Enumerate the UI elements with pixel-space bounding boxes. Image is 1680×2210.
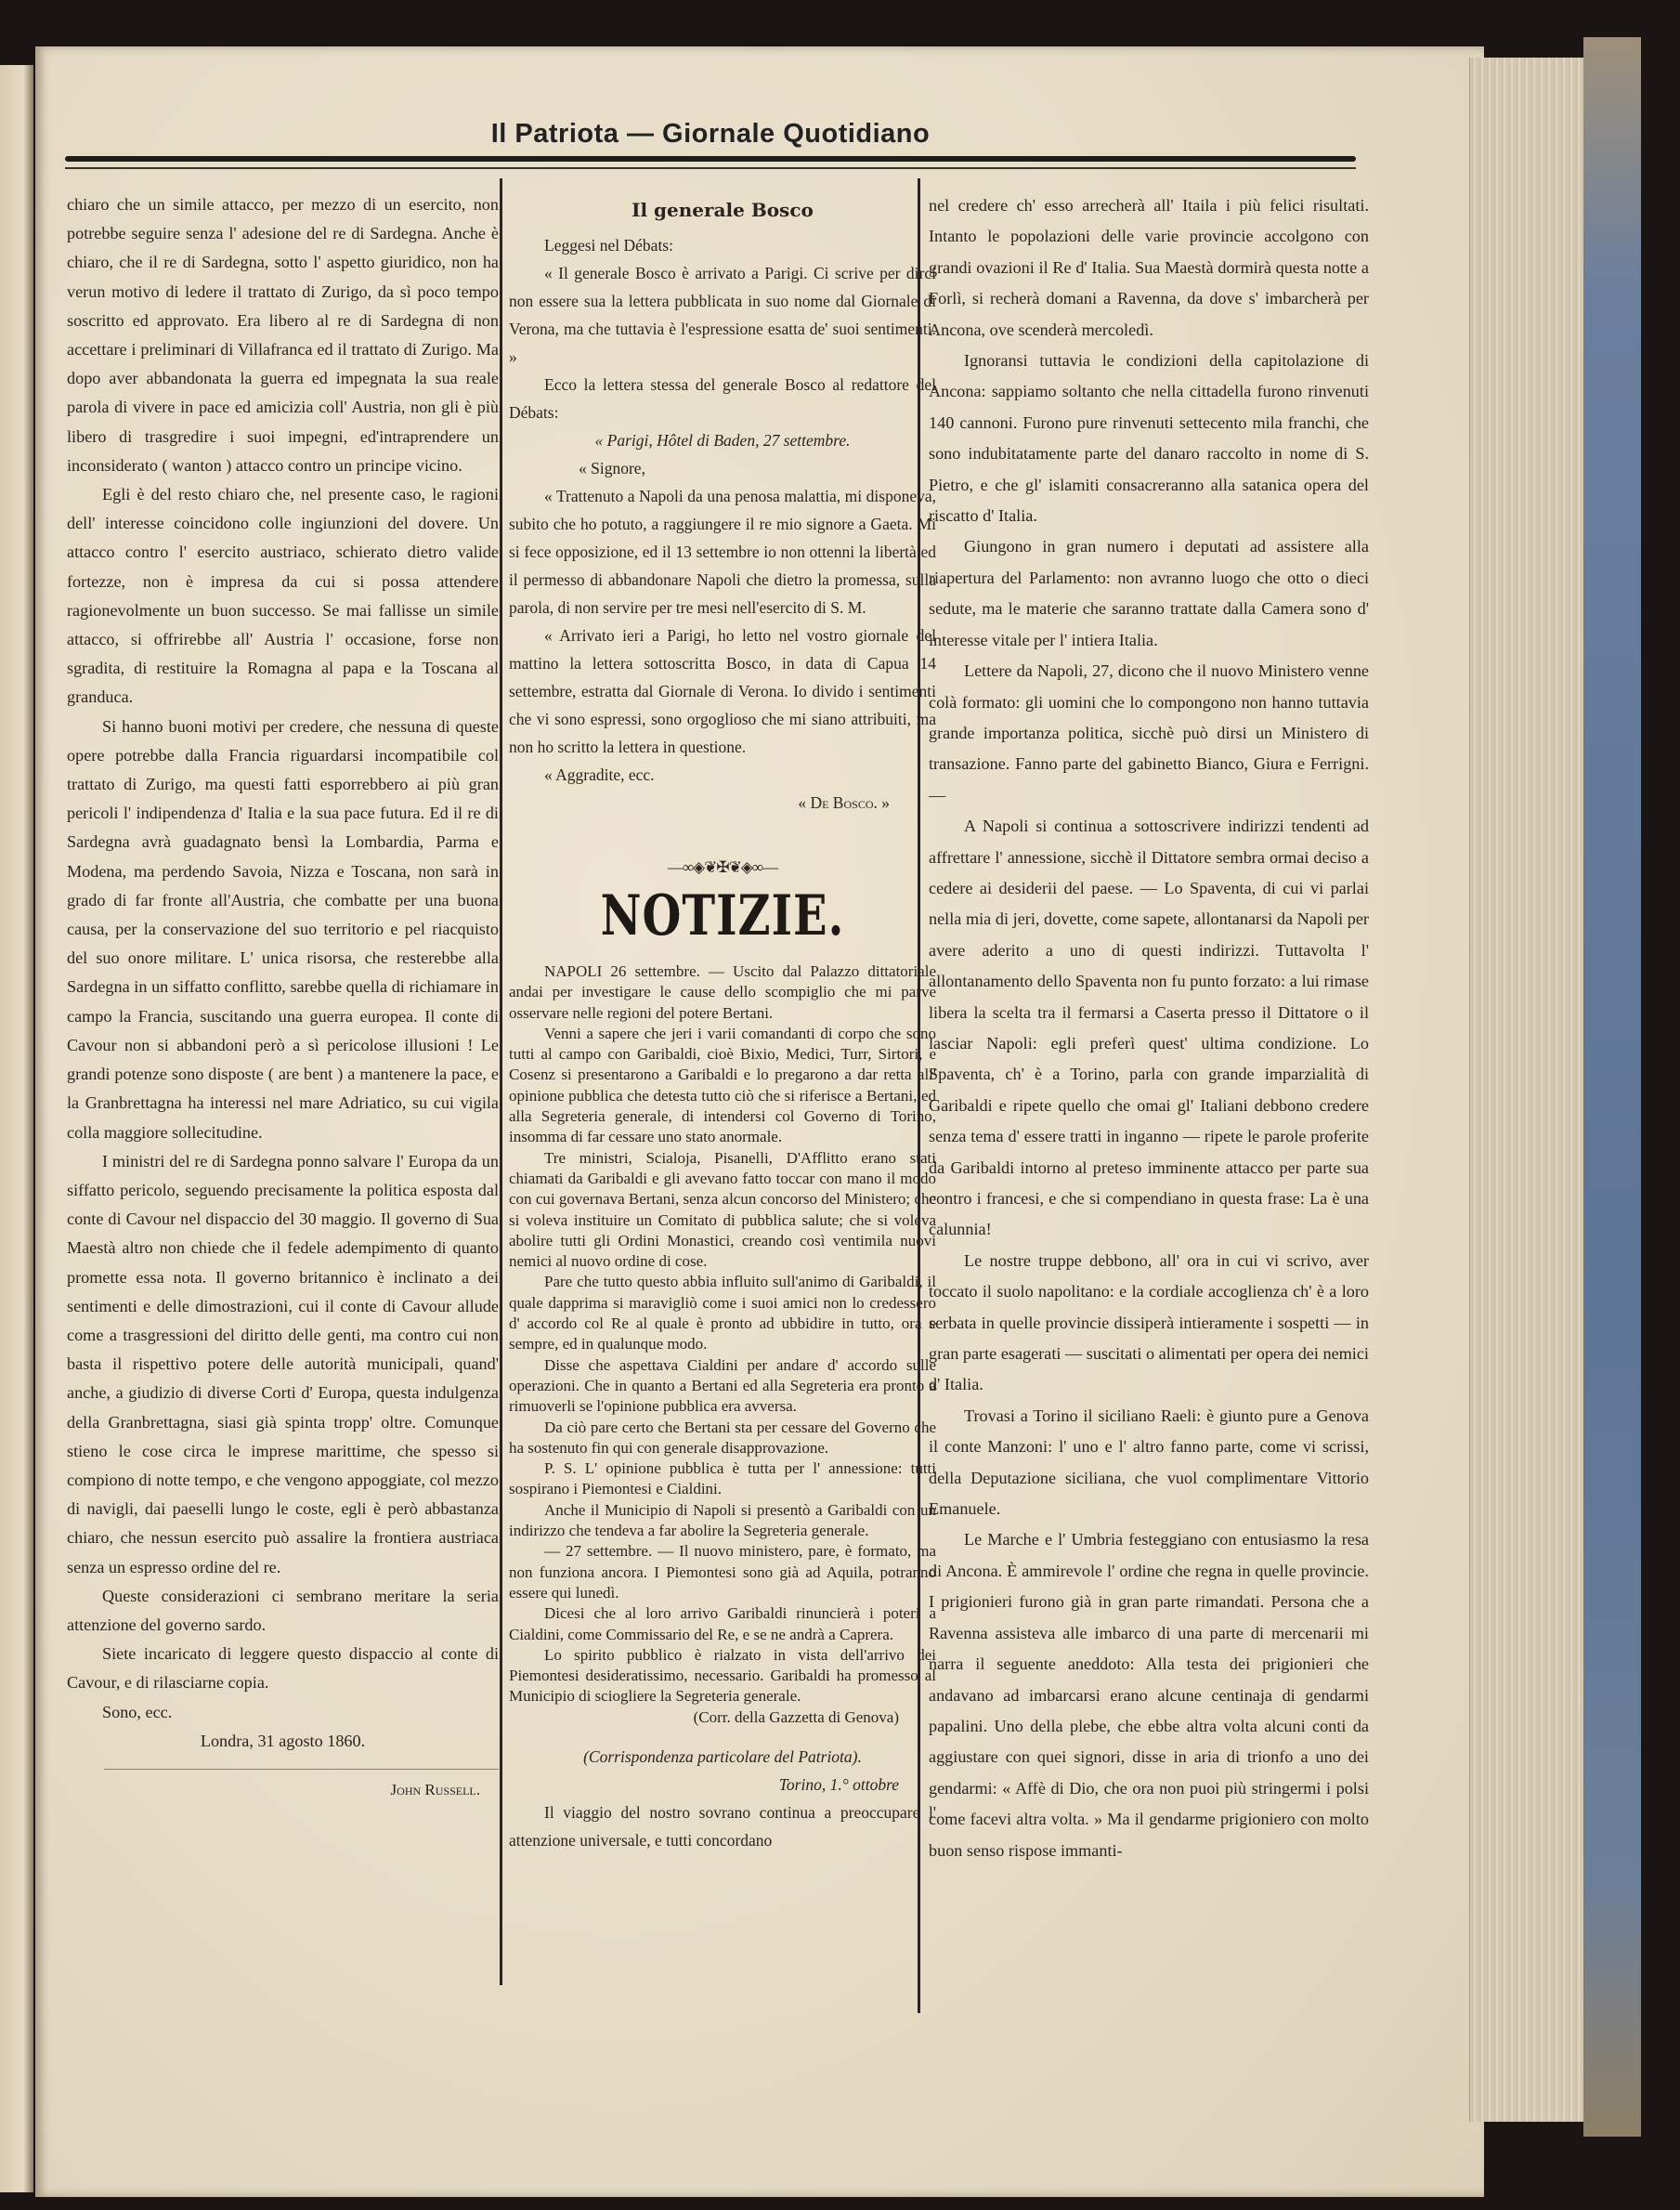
signature-rule — [104, 1769, 499, 1770]
article-paragraph: Siete incaricato di leggere questo dispa… — [67, 1640, 499, 1697]
letter-signature: « De Bosco. » — [509, 789, 936, 817]
article-paragraph: Si hanno buoni motivi per credere, che n… — [67, 713, 499, 1147]
correspondence-paragraph: Il viaggio del nostro sovrano continua a… — [509, 1798, 936, 1854]
letter-signature: John Russell. — [67, 1775, 499, 1804]
article-paragraph: Le nostre truppe debbono, all' ora in cu… — [929, 1246, 1369, 1401]
article-paragraph: Egli è del resto chiaro che, nel present… — [67, 480, 499, 713]
book-cover-edge — [1583, 37, 1641, 2137]
article-paragraph: I ministri del re di Sardegna ponno salv… — [67, 1147, 499, 1582]
letter-paragraph: « Arrivato ieri a Parigi, ho letto nel v… — [509, 621, 936, 761]
header-thin-rule — [65, 167, 1356, 169]
news-source: (Corr. della Gazzetta di Genova) — [509, 1707, 936, 1728]
article-paragraph: A Napoli si continua a sottoscrivere ind… — [929, 811, 1369, 1246]
article-paragraph: Le Marche e l' Umbria festeggiano con en… — [929, 1524, 1369, 1865]
letter-paragraph: « Aggradite, ecc. — [509, 761, 936, 789]
news-paragraph: Da ciò pare certo che Bertani sta per ce… — [509, 1418, 936, 1459]
news-paragraph: — 27 settembre. — Il nuovo ministero, pa… — [509, 1541, 936, 1603]
news-paragraph: Tre ministri, Scialoja, Pisanelli, D'Aff… — [509, 1148, 936, 1273]
article-paragraph: Ecco la lettera stessa del generale Bosc… — [509, 371, 936, 426]
news-paragraph: Anche il Municipio di Napoli si presentò… — [509, 1500, 936, 1542]
section-title-notizie: NOTIZIE. — [509, 898, 936, 934]
article-paragraph: chiaro che un simile attacco, per mezzo … — [67, 190, 499, 480]
news-paragraph: P. S. L' opinione pubblica è tutta per l… — [509, 1458, 936, 1500]
letter-place-date: « Parigi, Hôtel di Baden, 27 settembre. — [509, 426, 936, 454]
news-paragraph: Dicesi che al loro arrivo Garibaldi rinu… — [509, 1603, 936, 1645]
left-column: chiaro che un simile attacco, per mezzo … — [67, 190, 499, 1804]
article-paragraph: Sono, ecc. — [67, 1698, 499, 1727]
section-title-bosco: Il generale Bosco — [509, 196, 936, 224]
news-paragraph: Venni a sapere che jeri i varii comandan… — [509, 1024, 936, 1148]
news-section: NAPOLI 26 settembre. — Uscito dal Palazz… — [509, 961, 936, 1728]
right-column: nel credere ch' esso arrecherà all' Itai… — [929, 190, 1369, 1866]
correspondence-dateline: Torino, 1.° ottobre — [509, 1771, 936, 1798]
header-thick-rule — [65, 156, 1356, 162]
newspaper-masthead: Il Patriota — Giornale Quotidiano — [65, 119, 1356, 150]
book-page-edges — [1469, 58, 1583, 2122]
news-paragraph: NAPOLI 26 settembre. — Uscito dal Palazz… — [509, 961, 936, 1024]
correspondence-title: (Corrispondenza particolare del Patriota… — [509, 1743, 936, 1771]
article-paragraph: « Il generale Bosco è arrivato a Parigi.… — [509, 259, 936, 371]
article-paragraph: Queste considerazioni ci sembrano merita… — [67, 1582, 499, 1640]
middle-column: Il generale Bosco Leggesi nel Débats: « … — [509, 190, 936, 1854]
article-paragraph: Trovasi a Torino il siciliano Raeli: è g… — [929, 1401, 1369, 1525]
article-paragraph: Lettere da Napoli, 27, dicono che il nuo… — [929, 656, 1369, 811]
column-divider-left — [500, 178, 502, 1985]
letter-dateline: Londra, 31 agosto 1860. — [67, 1727, 499, 1756]
letter-salutation: « Signore, — [509, 454, 936, 482]
page-header: Il Patriota — Giornale Quotidiano — [65, 119, 1356, 175]
ornament-divider-icon: —∞◈❦✠❦◈∞— — [509, 854, 936, 882]
article-paragraph: Leggesi nel Débats: — [509, 231, 936, 259]
letter-paragraph: « Trattenuto a Napoli da una penosa mala… — [509, 482, 936, 621]
article-paragraph: nel credere ch' esso arrecherà all' Itai… — [929, 190, 1369, 346]
news-paragraph: Disse che aspettava Cialdini per andare … — [509, 1355, 936, 1418]
article-paragraph: Giungono in gran numero i deputati ad as… — [929, 531, 1369, 656]
news-paragraph: Pare che tutto questo abbia influito sul… — [509, 1272, 936, 1354]
news-paragraph: Lo spirito pubblico è rialzato in vista … — [509, 1645, 936, 1707]
facing-page-edge — [0, 65, 33, 2192]
article-paragraph: Ignoransi tuttavia le condizioni della c… — [929, 346, 1369, 531]
